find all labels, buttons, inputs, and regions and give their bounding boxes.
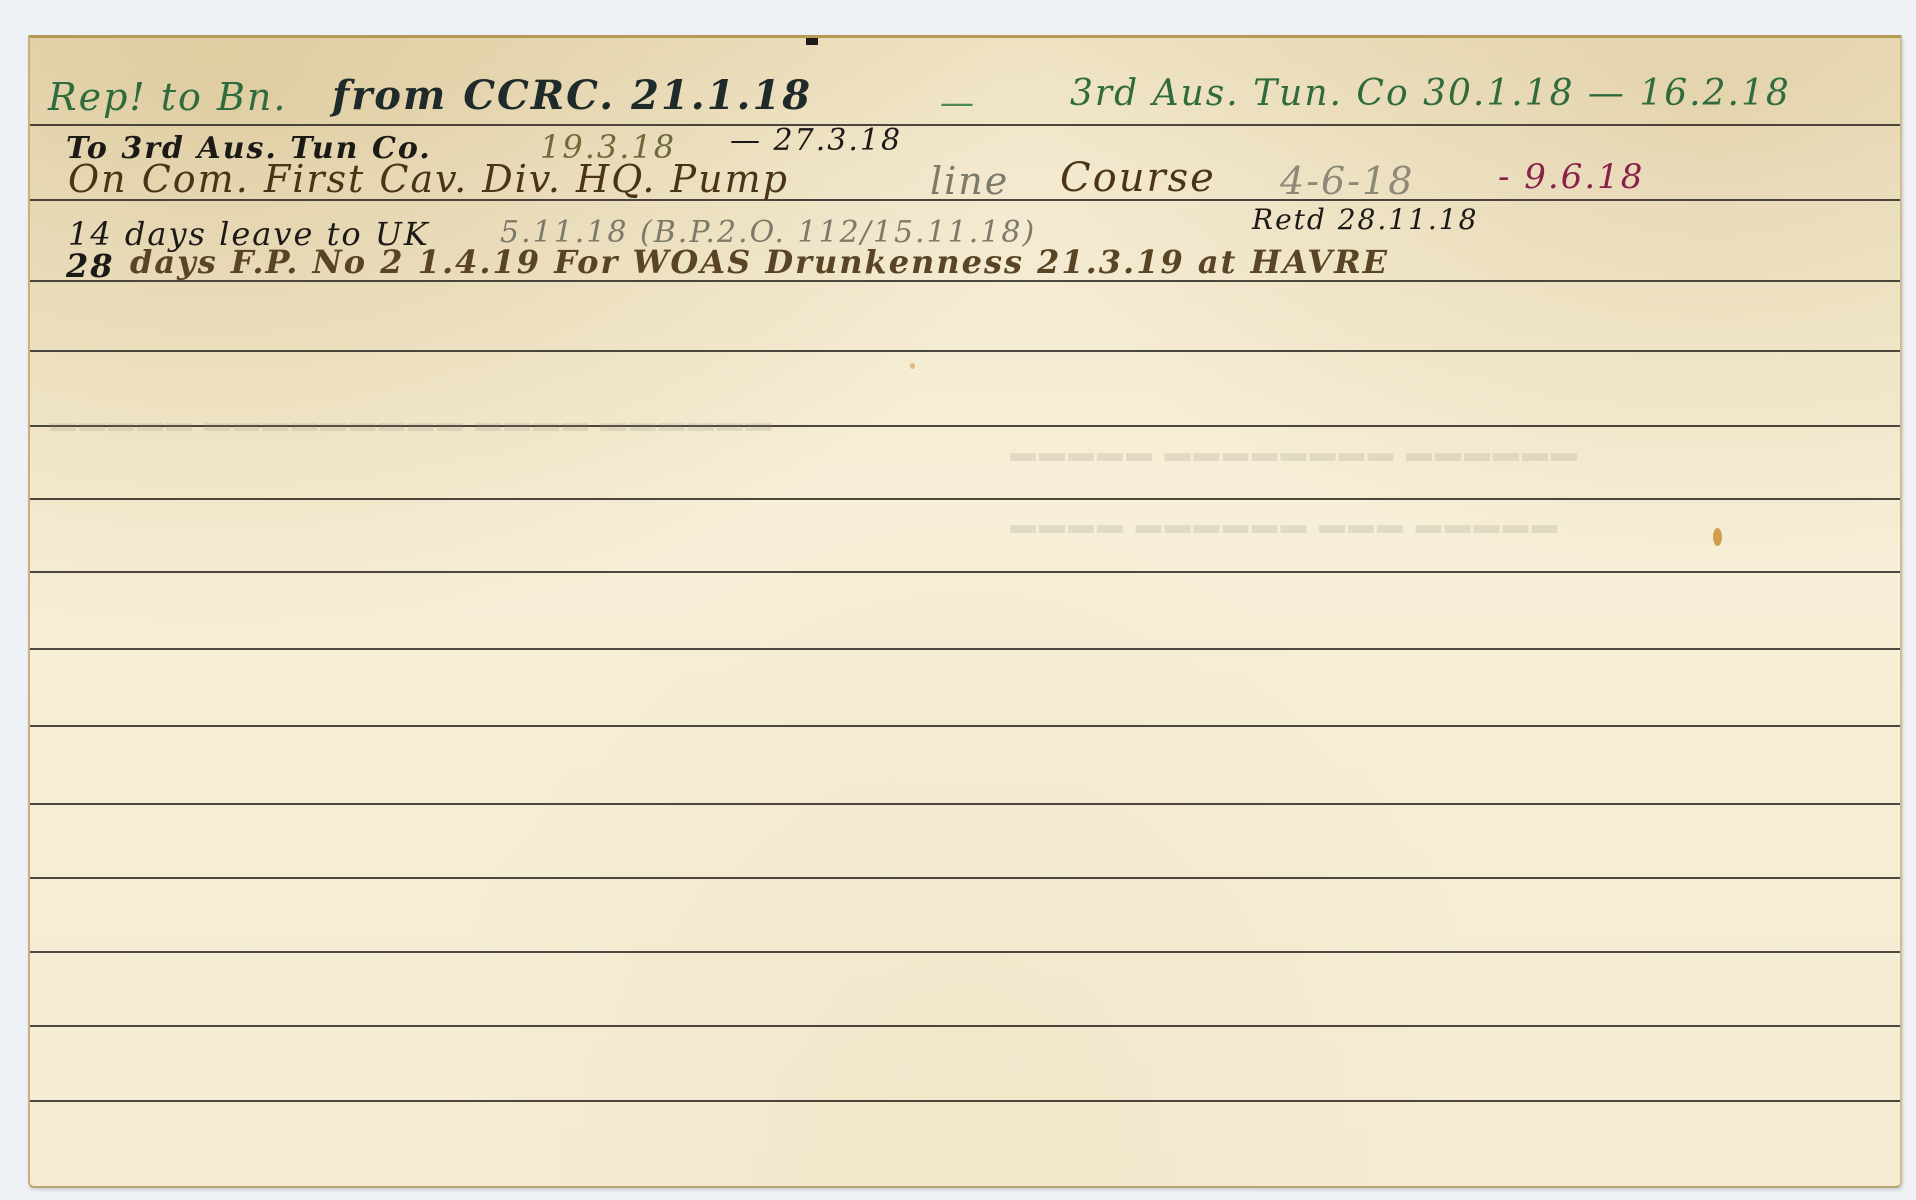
entry-retd: Retd 28.11.18: [1252, 206, 1478, 234]
entry-on-com: On Com. First Cav. Div. HQ. Pump: [68, 160, 789, 198]
entry-dash: —: [940, 86, 976, 120]
entry-rep-to-bn: Rep! to Bn.: [48, 78, 287, 116]
bleed-through-text: ▬▬▬▬▬ ▬▬▬▬▬▬▬▬ ▬▬▬▬▬▬: [1010, 438, 1580, 468]
ink-mark: [806, 36, 818, 45]
stain: [1713, 528, 1722, 546]
bleed-through-text: ▬▬▬▬▬ ▬▬▬▬▬▬▬▬▬ ▬▬▬▬ ▬▬▬▬▬▬: [50, 408, 775, 438]
entry-date-27-3-18: — 27.3.18: [730, 126, 902, 156]
ruled-line: [30, 1025, 1900, 1027]
ruled-line: [30, 498, 1900, 500]
bleed-through-text: ▬▬▬▬ ▬▬▬▬▬▬ ▬▬▬ ▬▬▬▬▬: [1010, 510, 1561, 540]
stain: [910, 363, 915, 369]
ruled-line: [30, 725, 1900, 727]
entry-28: 28: [66, 250, 115, 282]
ruled-line: [30, 648, 1900, 650]
ruled-line: [30, 571, 1900, 573]
entry-date-9-6-18: - 9.6.18: [1498, 160, 1644, 194]
ruled-line: [30, 350, 1900, 352]
entry-course: Course: [1060, 158, 1216, 198]
ruled-line: [30, 1100, 1900, 1102]
ruled-line: [30, 951, 1900, 953]
entry-3rd-aus-tun-co: 3rd Aus. Tun. Co 30.1.18 — 16.2.18: [1070, 76, 1791, 112]
entry-line: line: [930, 162, 1009, 200]
ruled-line: [30, 124, 1900, 126]
record-card: ▬▬▬▬▬ ▬▬▬▬▬▬▬▬▬ ▬▬▬▬ ▬▬▬▬▬▬ ▬▬▬▬▬ ▬▬▬▬▬▬…: [28, 35, 1902, 1188]
entry-from-ccrc: from CCRC. 21.1.18: [332, 76, 812, 116]
ruled-line: [30, 877, 1900, 879]
ruled-line: [30, 803, 1900, 805]
entry-28-days-fp: days F.P. No 2 1.4.19 For WOAS Drunkenne…: [130, 246, 1389, 278]
entry-date-4-6-18: 4-6-18: [1280, 162, 1414, 200]
